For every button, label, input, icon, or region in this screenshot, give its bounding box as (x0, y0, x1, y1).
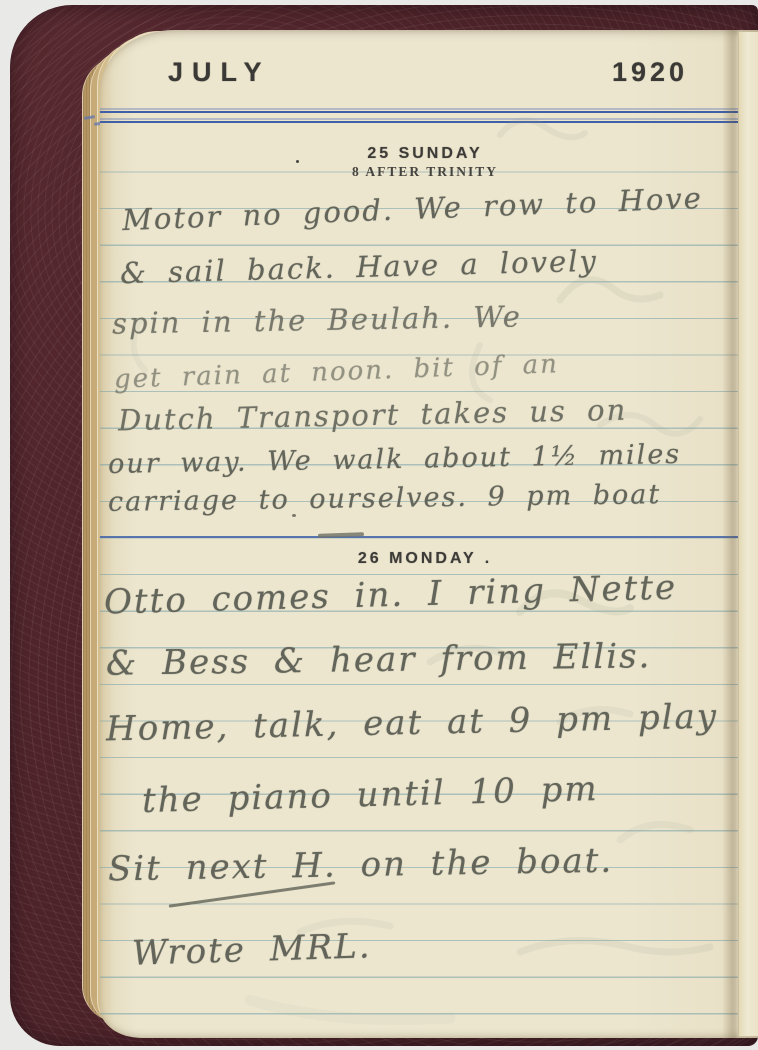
handwritten-line: Wrote MRL. (131, 926, 372, 974)
monday-date-text: 26 MONDAY (358, 550, 477, 567)
ink-speck (296, 160, 299, 163)
handwritten-line: spin in the Beulah. We (112, 299, 522, 340)
monday-heading: 26 MONDAY. (240, 550, 610, 568)
section-divider-line (100, 536, 758, 538)
monday-date-label: 26 MONDAY. (240, 550, 610, 568)
month-label: JULY (168, 57, 271, 88)
margin-line (100, 111, 758, 113)
year-label: 1920 (612, 57, 688, 88)
ink-speck (292, 514, 296, 517)
sunday-liturgical-label: 8 AFTER TRINITY (240, 164, 610, 180)
next-page-sliver (738, 32, 758, 1036)
margin-line (100, 121, 758, 123)
handwritten-line: & Bess & hear from Ellis. (106, 636, 652, 684)
monday-period-mark: . (485, 550, 492, 567)
scan-background: { "header": { "month": "JULY", "year": "… (0, 0, 758, 1050)
